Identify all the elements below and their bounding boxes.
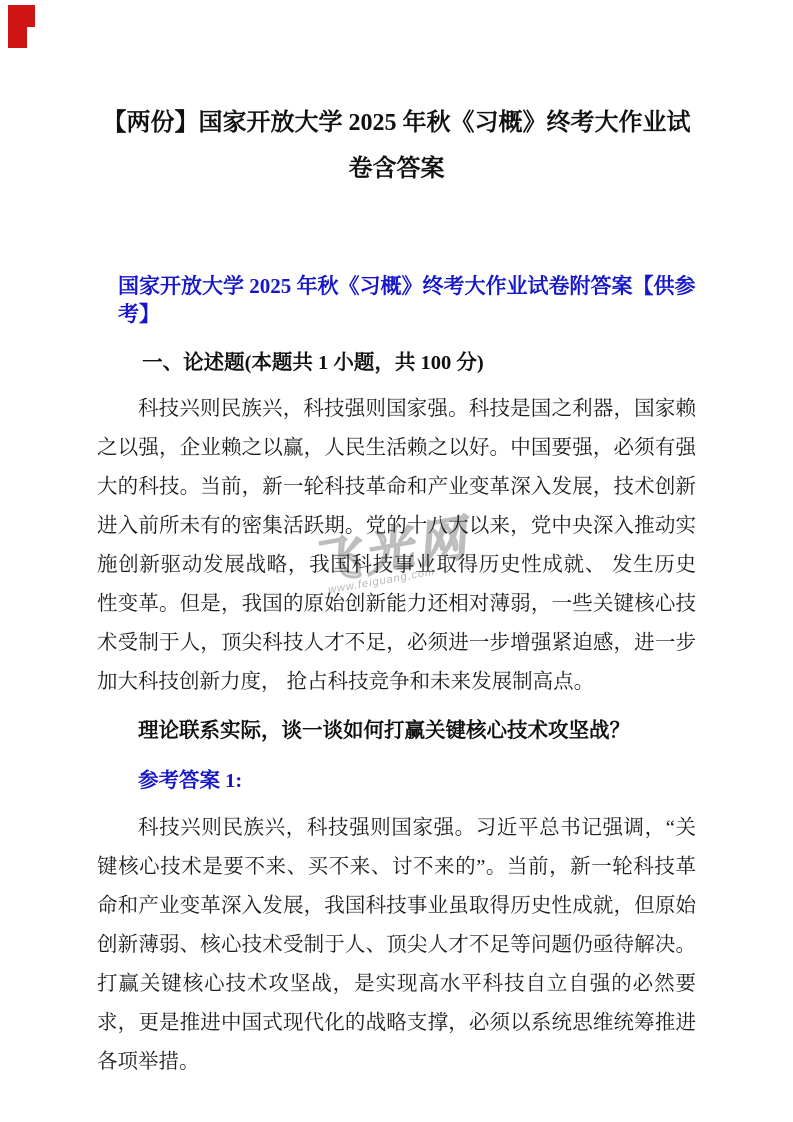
question-prompt: 理论联系实际，谈一谈如何打赢关键核心技术攻坚战？ (97, 716, 696, 746)
document-page: 飞光网 www.feiguang.com 【两份】国家开放大学 2025 年秋《… (0, 0, 793, 1122)
document-title: 【两份】国家开放大学 2025 年秋《习概》终考大作业试卷含答案 (103, 100, 691, 192)
section-heading: 一、论述题(本题共 1 小题，共 100 分) (97, 349, 696, 377)
paper-heading: 国家开放大学 2025 年秋《习概》终考大作业试卷附答案【供参考】 (97, 272, 696, 328)
document-content: 【两份】国家开放大学 2025 年秋《习概》终考大作业试卷含答案 国家开放大学 … (0, 0, 793, 1082)
answer-label: 参考答案 1: (97, 766, 696, 796)
question-body-paragraph: 科技兴则民族兴，科技强则国家强。科技是国之利器，国家赖之以强，企业赖之以赢，人民… (97, 390, 696, 702)
answer-body-paragraph: 科技兴则民族兴，科技强则国家强。习近平总书记强调，“关键核心技术是要不来、买不来… (97, 809, 696, 1082)
